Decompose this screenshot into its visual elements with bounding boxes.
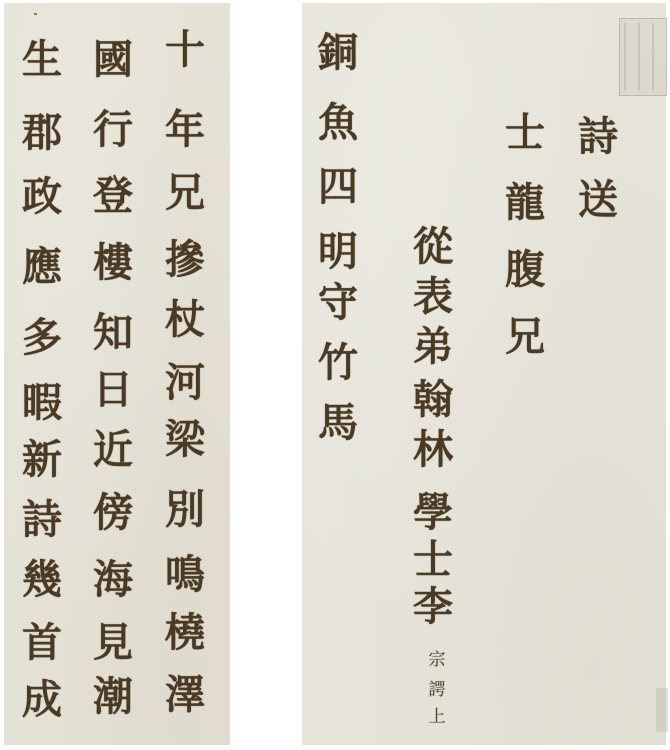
calligraphy-character: 年 [163, 108, 207, 152]
calligraphy-character: 兄 [163, 171, 207, 215]
calligraphy-character: 林 [411, 428, 455, 472]
calligraphy-character: 河 [163, 361, 207, 405]
calligraphy-character: 十 [163, 28, 207, 72]
calligraphy-character: 詩 [576, 115, 620, 159]
calligraphy-character: 橈 [163, 611, 207, 655]
calligraphy-character: 銅 [316, 31, 360, 75]
calligraphy-character: 士 [503, 111, 547, 155]
calligraphy-character: 馬 [316, 401, 360, 445]
calligraphy-character: 見 [91, 621, 135, 665]
calligraphy-character: 生 [20, 38, 64, 82]
calligraphy-character: 龍 [503, 181, 547, 225]
calligraphy-character: 學 [411, 491, 455, 535]
calligraphy-character: 詩 [20, 498, 64, 542]
calligraphy-character: 梁 [163, 418, 207, 462]
calligraphy-character: 弟 [411, 325, 455, 369]
calligraphy-character: 從 [411, 225, 455, 269]
calligraphy-character: 政 [20, 175, 64, 219]
calligraphy-character: 表 [411, 275, 455, 319]
calligraphy-character: 潮 [91, 675, 135, 719]
calligraphy-character: 應 [20, 245, 64, 289]
calligraphy-character: 樓 [91, 241, 135, 285]
calligraphy-character: 知 [91, 311, 135, 355]
calligraphy-character: 登 [91, 174, 135, 218]
calligraphy-character: 李 [411, 585, 455, 629]
calligraphy-character: 明 [316, 230, 360, 274]
signature-small-character: 宗 [427, 650, 447, 670]
calligraphy-character: 首 [20, 621, 64, 665]
calligraphy-character: 行 [91, 108, 135, 152]
calligraphy-character: 郡 [20, 111, 64, 155]
collector-seal-icon [619, 18, 667, 96]
calligraphy-character: 摻 [163, 238, 207, 282]
calligraphy-character: 兄 [503, 315, 547, 359]
calligraphy-character: 四 [316, 165, 360, 209]
calligraphy-character: 守 [316, 281, 360, 325]
calligraphy-character: 成 [20, 678, 64, 722]
calligraphy-character: 暇 [20, 381, 64, 425]
calligraphy-character: 送 [576, 178, 620, 222]
calligraphy-character: 鳴 [163, 553, 207, 597]
calligraphy-scan: 十 年 兄 摻 杖 河 梁 別 鳴 橈 澤 國 行 登 樓 知 日 近 傍 海 … [0, 0, 670, 750]
calligraphy-character: 士 [411, 538, 455, 582]
calligraphy-character: 國 [91, 38, 135, 82]
partial-seal-icon [656, 688, 668, 732]
calligraphy-character: 海 [91, 558, 135, 602]
calligraphy-character: 竹 [316, 341, 360, 385]
calligraphy-character: 日 [91, 368, 135, 412]
calligraphy-character: 傍 [91, 491, 135, 535]
calligraphy-character: 別 [163, 488, 207, 532]
signature-small-character: 諤 [427, 680, 447, 700]
calligraphy-character: 近 [91, 428, 135, 472]
calligraphy-character: 新 [20, 438, 64, 482]
calligraphy-character: 翰 [411, 378, 455, 422]
calligraphy-character: 杖 [163, 298, 207, 342]
ink-speck [34, 13, 37, 15]
calligraphy-character: 腹 [503, 248, 547, 292]
calligraphy-character: 多 [20, 316, 64, 360]
signature-small-character: 上 [427, 707, 447, 727]
calligraphy-character: 魚 [316, 101, 360, 145]
calligraphy-character: 澤 [163, 673, 207, 717]
calligraphy-character: 幾 [20, 558, 64, 602]
